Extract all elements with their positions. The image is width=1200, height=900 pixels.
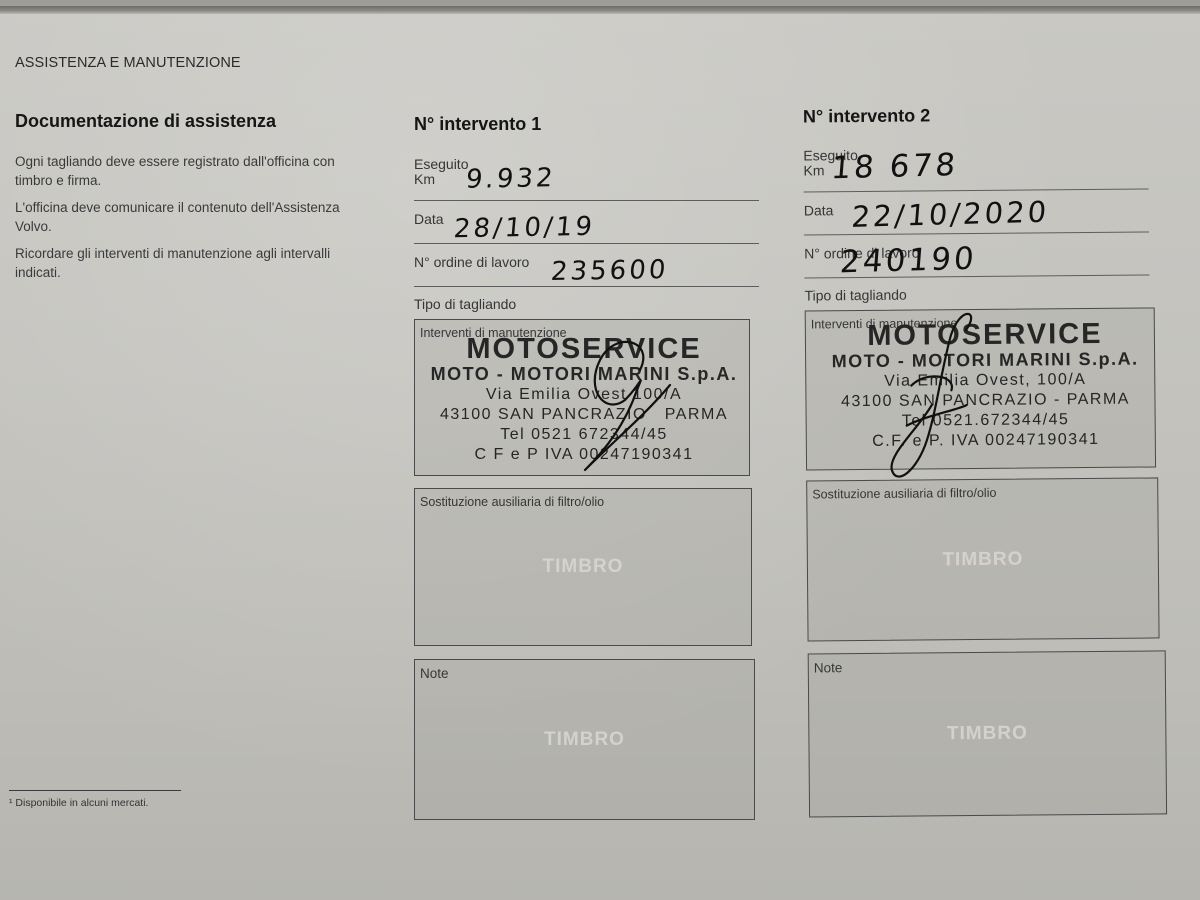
stamp-company: MOTO - MOTORI MARINI S.p.A. bbox=[407, 364, 761, 385]
intro-paragraph: L'officina deve comunicare il contenuto … bbox=[15, 198, 375, 236]
intro-paragraph: Ogni tagliando deve essere registrato da… bbox=[15, 152, 375, 190]
filter-oil-label: Sostituzione ausiliaria di filtro/olio bbox=[812, 486, 996, 502]
date-label: Data bbox=[414, 211, 444, 227]
intervention-2: N° intervento 2 Eseguito Km 18 678 Data … bbox=[803, 104, 1154, 818]
intervention-title: N° intervento 2 bbox=[803, 104, 1148, 128]
notes-box[interactable]: Note TIMBRO bbox=[808, 650, 1167, 817]
service-book-page: ASSISTENZA E MANUTENZIONE Documentazione… bbox=[0, 6, 1200, 900]
stamp-placeholder: TIMBRO bbox=[808, 547, 1158, 572]
page-edge bbox=[0, 6, 1200, 14]
notes-box[interactable]: Note TIMBRO bbox=[414, 659, 755, 820]
intro-paragraph: Ricordare gli interventi di manutenzione… bbox=[15, 244, 375, 282]
filter-oil-box[interactable]: Sostituzione ausiliaria di filtro/olio T… bbox=[806, 477, 1159, 641]
date-field[interactable]: Data 28/10/19 bbox=[414, 201, 759, 244]
work-order-value: 240190 bbox=[839, 241, 978, 281]
notes-label: Note bbox=[420, 666, 449, 681]
work-order-field[interactable]: N° ordine di lavoro 240190 bbox=[804, 233, 1149, 279]
km-label: Km bbox=[414, 171, 435, 187]
stamp-address: Via Emilia Ovest 100/A bbox=[407, 385, 761, 405]
footnote: ¹ Disponibile in alcuni mercati. bbox=[9, 797, 148, 809]
filter-oil-box[interactable]: Sostituzione ausiliaria di filtro/olio T… bbox=[414, 488, 752, 646]
workshop-stamp: MOTOSERVICE MOTO - MOTORI MARINI S.p.A. … bbox=[407, 334, 761, 465]
date-label: Data bbox=[804, 202, 834, 218]
km-field[interactable]: Km 9.932 bbox=[414, 172, 759, 201]
work-order-value: 235600 bbox=[550, 255, 670, 287]
intro-text: Ogni tagliando deve essere registrato da… bbox=[15, 152, 375, 290]
maintenance-box[interactable]: Interventi di manutenzione MOTOSERVICE M… bbox=[414, 319, 750, 476]
km-value: 18 678 bbox=[830, 147, 960, 186]
km-label: Km bbox=[803, 162, 824, 178]
stamp-placeholder: TIMBRO bbox=[415, 556, 751, 578]
work-order-label: N° ordine di lavoro bbox=[414, 254, 529, 270]
stamp-name: MOTOSERVICE bbox=[407, 334, 761, 364]
service-type-label: Tipo di tagliando bbox=[414, 296, 516, 312]
service-type-label: Tipo di tagliando bbox=[804, 287, 906, 304]
stamp-company: MOTO - MOTORI MARINI S.p.A. bbox=[806, 348, 1164, 372]
stamp-city: 43100 SAN PANCRAZIO PARMA bbox=[407, 405, 761, 425]
km-field[interactable]: Km 18 678 bbox=[803, 161, 1148, 193]
footnote-divider bbox=[9, 790, 181, 791]
notes-label: Note bbox=[814, 660, 843, 675]
stamp-vat: C F e P IVA 00247190341 bbox=[407, 445, 761, 465]
date-value: 22/10/2020 bbox=[850, 195, 1050, 234]
km-value: 9.932 bbox=[465, 163, 557, 195]
section-header: ASSISTENZA E MANUTENZIONE bbox=[15, 55, 241, 71]
date-field[interactable]: Data 22/10/2020 bbox=[804, 190, 1149, 236]
maintenance-box[interactable]: Interventi di manutenzione MOTOSERVICE M… bbox=[805, 307, 1156, 470]
stamp-tel: Tel 0521 672344/45 bbox=[407, 425, 761, 445]
stamp-vat: C.F. e P. IVA 00247190341 bbox=[807, 429, 1165, 452]
stamp-placeholder: TIMBRO bbox=[809, 721, 1165, 746]
page-title: Documentazione di assistenza bbox=[15, 111, 276, 132]
filter-oil-label: Sostituzione ausiliaria di filtro/olio bbox=[420, 495, 604, 509]
work-order-field[interactable]: N° ordine di lavoro 235600 bbox=[414, 244, 759, 287]
intervention-title: N° intervento 1 bbox=[414, 114, 759, 135]
date-value: 28/10/19 bbox=[453, 212, 597, 244]
stamp-city: 43100 SAN PANCRAZIO - PARMA bbox=[806, 389, 1164, 412]
stamp-placeholder: TIMBRO bbox=[415, 729, 754, 751]
intervention-1: N° intervento 1 Eseguito Km 9.932 Data 2… bbox=[414, 114, 759, 820]
workshop-stamp: MOTOSERVICE MOTO - MOTORI MARINI S.p.A. … bbox=[806, 318, 1165, 452]
stamp-name: MOTOSERVICE bbox=[806, 318, 1164, 351]
